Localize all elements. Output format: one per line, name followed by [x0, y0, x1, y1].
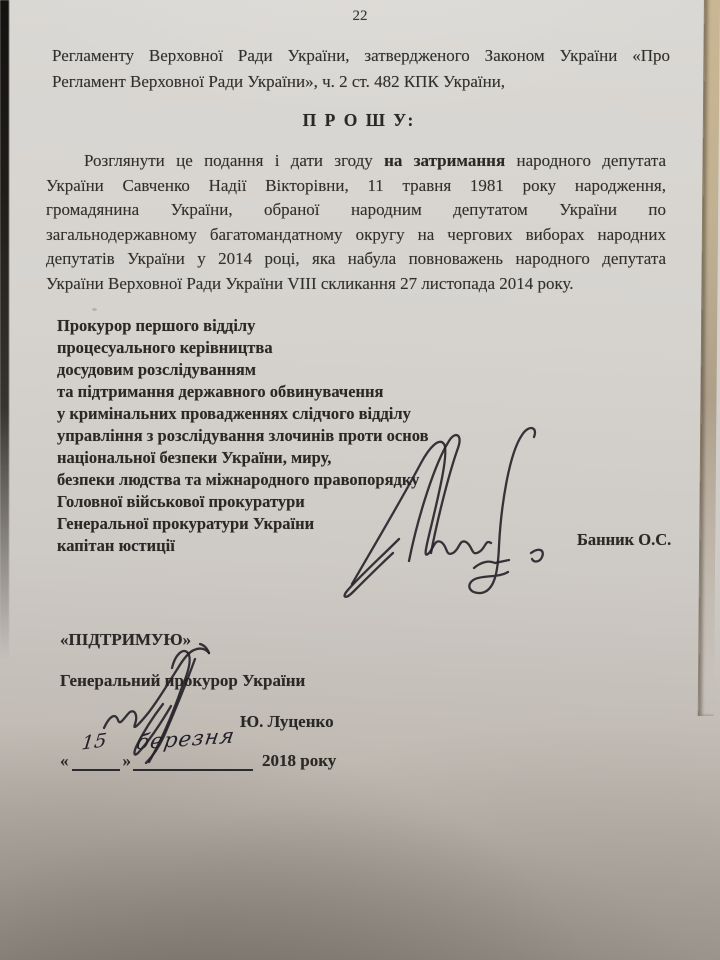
paper-speck — [92, 308, 97, 311]
request-heading: П Р О Ш У: — [50, 110, 668, 131]
photo-left-edge — [0, 0, 9, 660]
request-paragraph: Розглянути це подання і дати згоду на за… — [46, 149, 666, 296]
intro-line-2: Регламент Верховної Ради України», ч. 2 … — [52, 69, 670, 95]
approval-label: «ПІДТРИМУЮ» — [60, 630, 191, 650]
signatory-title-line: Генеральної прокуратури України — [57, 513, 487, 535]
date-day-underline: 15 — [72, 750, 120, 771]
date-quote-close: » — [123, 751, 132, 771]
signatory-title-line: Прокурор першого відділу — [57, 315, 487, 337]
signatory-title-line: управління з розслідування злочинів прот… — [57, 425, 487, 447]
signatory-title-line: процесуального керівництва — [57, 337, 487, 359]
signatory-title-line: безпеки людства та міжнародного правопор… — [57, 469, 487, 491]
signatory-title-line: національної безпеки України, миру, — [57, 447, 487, 469]
request-line-6: України Верховної Ради України VIII скли… — [46, 272, 666, 297]
signatory-title-line: досудовим розслідуванням — [57, 359, 487, 381]
page-number: 22 — [0, 8, 720, 25]
date-quote-open: « — [60, 751, 69, 771]
request-line-5: депутатів України у 2014 році, яка набул… — [46, 247, 666, 272]
date-month-underline: березня — [133, 750, 253, 771]
intro-line-1: Регламенту Верховної Ради України, затве… — [52, 43, 670, 69]
request-line-2: України Савченко Надії Вікторівни, 11 тр… — [46, 174, 666, 199]
signatory-title-line: у кримінальних провадженнях слідчого від… — [57, 403, 487, 425]
request-line-4: загальнодержавному багатомандатному окру… — [46, 223, 666, 248]
approver-title: Генеральний прокурор України — [60, 671, 305, 691]
paper-right-edge — [698, 0, 720, 716]
request-line-1-post: народного депутата — [505, 151, 666, 170]
request-line-1-pre: Розглянути це подання і дати згоду — [84, 151, 384, 170]
signatory-title-line: та підтримання державного обвинувачення — [57, 381, 487, 403]
signatory-title-line: Головної військової прокуратури — [57, 491, 487, 513]
request-line-1: Розглянути це подання і дати згоду на за… — [46, 149, 666, 174]
date-line: « 15 » березня 2018 року — [60, 750, 336, 771]
date-year: 2018 року — [262, 751, 336, 771]
signatory-title-block: Прокурор першого відділу процесуального … — [57, 315, 487, 557]
handwritten-month: березня — [134, 724, 236, 755]
signatory-title-line: капітан юстиції — [57, 535, 487, 557]
approver-name: Ю. Луценко — [240, 712, 334, 732]
handwritten-day: 15 — [80, 729, 107, 754]
intro-paragraph: Регламенту Верховної Ради України, затве… — [52, 43, 670, 95]
signatory-name: Банник О.С. — [577, 530, 671, 550]
document-photo: 22 Регламенту Верховної Ради України, за… — [0, 0, 720, 960]
request-line-3: громадянина України, обраної народним де… — [46, 198, 666, 223]
request-line-1-bold: на затримання — [384, 151, 505, 170]
